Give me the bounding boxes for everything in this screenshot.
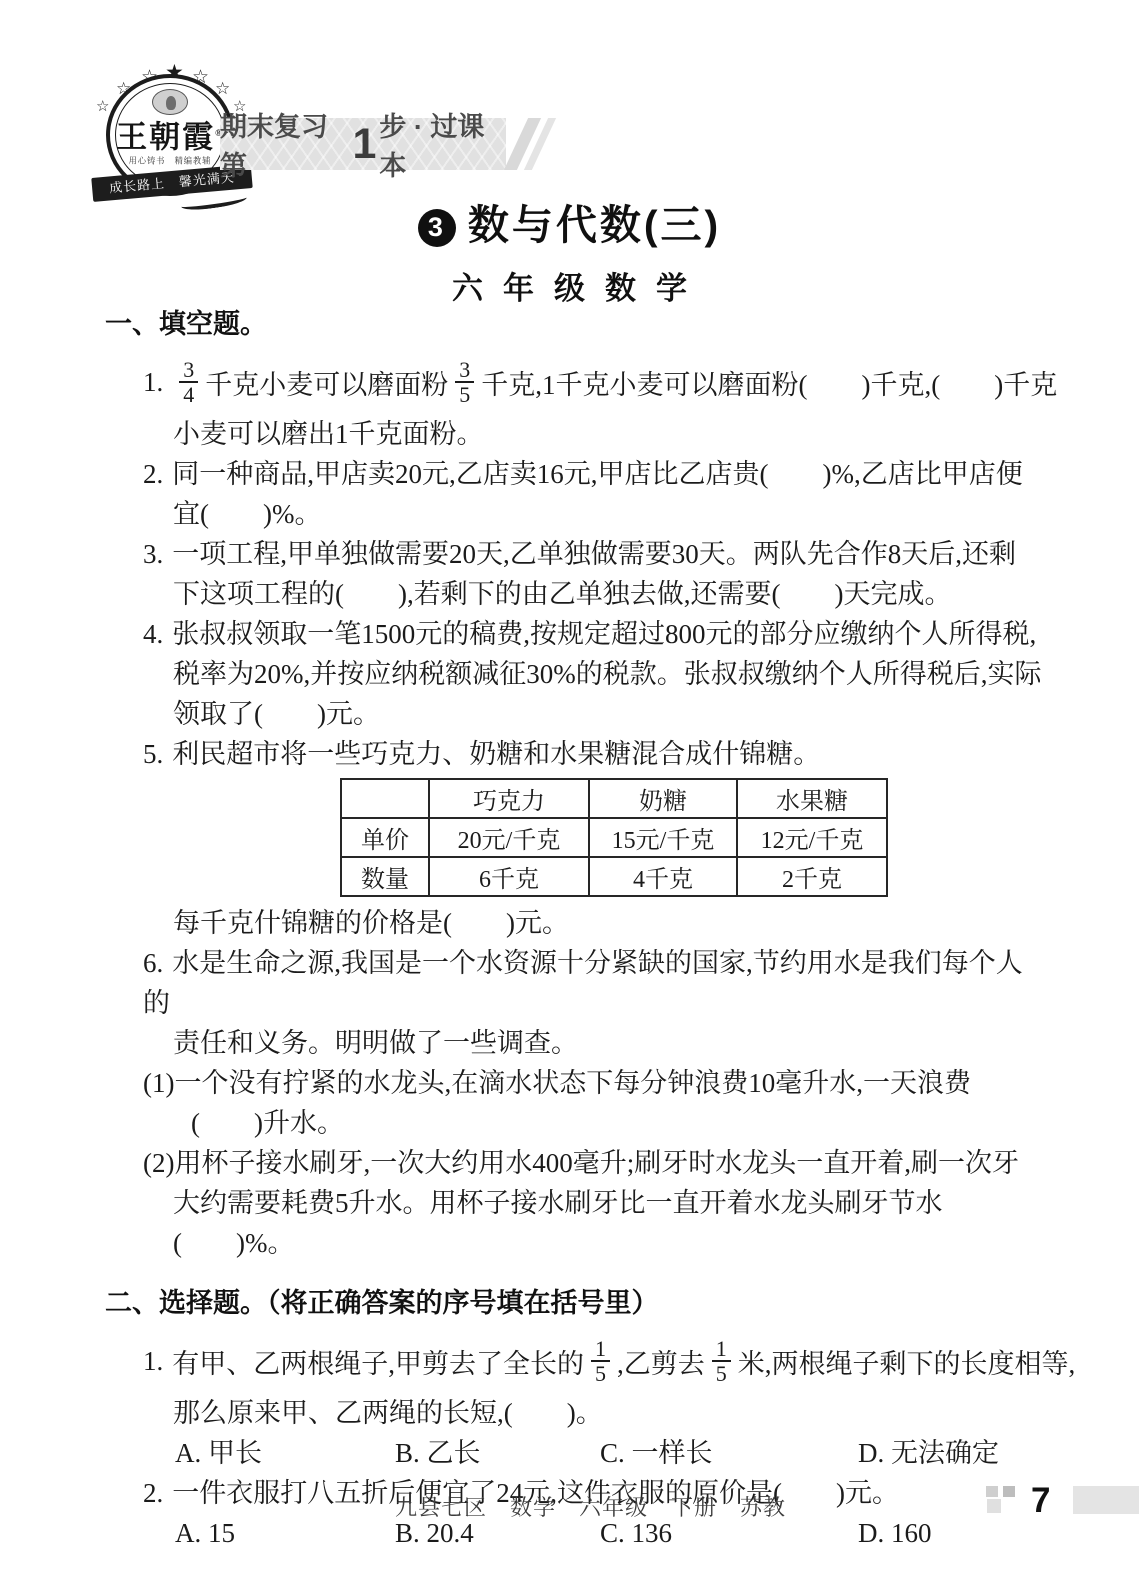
title-text: 数与代数(三) [468,202,721,248]
fraction: 34 [179,358,198,406]
option-a: A. 15 [175,1513,395,1553]
candy-price-table: 巧克力 奶糖 水果糖 单价 20元/千克 15元/千克 12元/千克 数量 6千… [340,778,888,897]
question-text: 千克小麦可以磨面粉 [205,363,448,402]
option-b: B. 乙长 [395,1433,600,1473]
table-cell: 2千克 [737,857,887,896]
question-number: 2. [143,459,163,489]
options-row: A. 甲长 B. 乙长 C. 一样长 D. 无法确定 [175,1433,1045,1473]
question-text: 每千克什锦糖的价格是( )元。 [143,903,1045,943]
banner-prefix: 期末复习第 [220,105,349,183]
question-3: 3.一项工程,甲单独做需要20天,乙单独做需要30天。两队先合作8天后,还剩 下… [143,534,1045,614]
sub-question-number: (1) [143,1068,174,1098]
question-line: 5.利民超市将一些巧克力、奶糖和水果糖混合成什锦糖。 [143,734,1045,774]
table-row: 数量 6千克 4千克 2千克 [341,857,887,896]
sub-question-1: (1)一个没有拧紧的水龙头,在滴水状态下每分钟浪费10毫升水,一天浪费 ( )升… [143,1063,1045,1143]
sub-question-number: (2) [143,1148,174,1178]
fraction-denominator: 5 [455,383,474,406]
question-text: 利民超市将一些巧克力、奶糖和水果糖混合成什锦糖。 [172,739,820,769]
question-text: 小麦可以磨出1千克面粉。 [143,414,1045,454]
question-line: 1.34千克小麦可以磨面粉35千克,1千克小麦可以磨面粉( )千克,( )千克 [143,350,1045,414]
table-cell: 单价 [341,818,429,857]
question-text: ,乙剪去 [617,1342,705,1381]
table-cell: 数量 [341,857,429,896]
table-cell: 巧克力 [429,779,589,818]
question-1: 1.34千克小麦可以磨面粉35千克,1千克小麦可以磨面粉( )千克,( )千克 … [143,350,1045,454]
fraction: 15 [591,1337,610,1385]
table-cell: 15元/千克 [589,818,737,857]
question-6: 6.水是生命之源,我国是一个水资源十分紧缺的国家,节约用水是我们每个人的 责任和… [143,943,1045,1263]
brand-name: 王朝霞® [110,116,230,154]
question-number: 1. [143,1346,163,1377]
question-text: ( )升水。 [143,1103,1045,1143]
banner-step-number: 1 [352,118,376,170]
fraction-numerator: 3 [179,358,198,383]
table-row: 单价 20元/千克 15元/千克 12元/千克 [341,818,887,857]
footer-book-info: 九县七区 数学 六年级 下册 苏教 [395,1491,786,1522]
question-line: 1.有甲、乙两根绳子,甲剪去了全长的15,乙剪去15米,两根绳子剩下的长度相等, [143,1329,1045,1393]
page-subtitle: 六年级数学 [0,263,1139,308]
fraction-numerator: 3 [455,358,474,383]
question-5: 5.利民超市将一些巧克力、奶糖和水果糖混合成什锦糖。 巧克力 奶糖 水果糖 单价… [143,734,1045,943]
table-cell: 水果糖 [737,779,887,818]
question-text: 大约需要耗费5升水。用杯子接水刷牙比一直开着水龙头刷牙节水( )%。 [143,1183,1045,1263]
table-header-row: 巧克力 奶糖 水果糖 [341,779,887,818]
question-text: 一个没有拧紧的水龙头,在滴水状态下每分钟浪费10毫升水,一天浪费 [174,1068,971,1098]
sub-question-2: (2)用杯子接水刷牙,一次大约用水400毫升;刷牙时水龙头一直开着,刷一次牙 大… [143,1143,1045,1263]
question-text: 责任和义务。明明做了一些调查。 [143,1023,1045,1063]
question-number: 3. [143,539,163,569]
star-icon: ☆ [96,100,109,115]
question-text: 那么原来甲、乙两绳的长短,( )。 [143,1393,1045,1433]
question-text: 有甲、乙两根绳子,甲剪去了全长的 [172,1342,584,1381]
brand-tagline: 用心铸书 精编教辅 [115,155,225,167]
fraction: 35 [455,358,474,406]
fraction-denominator: 5 [712,1362,731,1385]
question-text: 用杯子接水刷牙,一次大约用水400毫升;刷牙时水龙头一直开着,刷一次牙 [174,1148,1019,1178]
question-text: 宜( )%。 [143,494,1045,534]
title-block: 3数与代数(三) 六年级数学 [0,192,1139,308]
table-cell [341,779,429,818]
question-text: 同一种商品,甲店卖20元,乙店卖16元,甲店比乙店贵( )%,乙店比甲店便 [172,459,1022,489]
question-line: 2.同一种商品,甲店卖20元,乙店卖16元,甲店比乙店贵( )%,乙店比甲店便 [143,454,1045,494]
question-text: 米,两根绳子剩下的长度相等, [738,1342,1076,1381]
title-number-badge: 3 [418,209,456,247]
question-4: 4.张叔叔领取一笔1500元的稿费,按规定超过800元的部分应缴纳个人所得税, … [143,614,1045,734]
question-number: 4. [143,619,163,649]
brand-text: 王朝霞 [116,119,215,154]
question-number: 2. [143,1478,163,1508]
option-d: D. 160 [858,1513,1045,1553]
footer-decor-square [986,1486,998,1497]
choice-question-1: 1.有甲、乙两根绳子,甲剪去了全长的15,乙剪去15米,两根绳子剩下的长度相等,… [143,1329,1045,1473]
footer-decor-square [1003,1486,1015,1497]
question-text: 下这项工程的( ),若剩下的由乙单独去做,还需要( )天完成。 [143,574,1045,614]
fraction-denominator: 4 [179,383,198,406]
question-text: 税率为20%,并按应纳税额减征30%的税款。张叔叔缴纳个人所得税后,实际 [143,654,1045,694]
worksheet-content: 一、填空题。 1.34千克小麦可以磨面粉35千克,1千克小麦可以磨面粉( )千克… [105,306,1045,1553]
footer-decor-square [987,1499,1001,1513]
question-2: 2.同一种商品,甲店卖20元,乙店卖16元,甲店比乙店贵( )%,乙店比甲店便 … [143,454,1045,534]
fraction-numerator: 1 [712,1337,731,1362]
question-number: 6. [143,948,163,978]
footer-decor-bar [1073,1486,1139,1514]
question-number: 1. [143,367,163,398]
question-text: 领取了( )元。 [143,694,1045,734]
option-a: A. 甲长 [175,1433,395,1473]
table-cell: 6千克 [429,857,589,896]
table-cell: 奶糖 [589,779,737,818]
section-1-heading: 一、填空题。 [105,306,1045,342]
question-line: 4.张叔叔领取一笔1500元的稿费,按规定超过800元的部分应缴纳个人所得税, [143,614,1045,654]
worksheet-page: ☆ ☆ ☆ ★ ☆ ☆ ☆ 王朝霞® 用心铸书 精编教辅 成长路上 馨光满天 期… [0,0,1139,1582]
option-d: D. 无法确定 [858,1433,1045,1473]
banner-suffix: 步 · 过课本 [379,105,506,183]
header-banner: 期末复习第 1 步 · 过课本 [220,118,506,170]
question-text: 千克,1千克小麦可以磨面粉( )千克,( )千克 [481,363,1057,402]
question-line: (1)一个没有拧紧的水龙头,在滴水状态下每分钟浪费10毫升水,一天浪费 [143,1063,1045,1103]
section-2-heading: 二、选择题。（将正确答案的序号填在括号里） [105,1285,1045,1321]
question-number: 5. [143,739,163,769]
question-line: (2)用杯子接水刷牙,一次大约用水400毫升;刷牙时水龙头一直开着,刷一次牙 [143,1143,1045,1183]
portrait-photo [152,89,188,115]
question-text: 水是生命之源,我国是一个水资源十分紧缺的国家,节约用水是我们每个人的 [143,948,1023,1018]
table-cell: 20元/千克 [429,818,589,857]
option-c: C. 一样长 [600,1433,858,1473]
table-cell: 4千克 [589,857,737,896]
question-line: 6.水是生命之源,我国是一个水资源十分紧缺的国家,节约用水是我们每个人的 [143,943,1045,1023]
question-line: 3.一项工程,甲单独做需要20天,乙单独做需要30天。两队先合作8天后,还剩 [143,534,1045,574]
question-text: 张叔叔领取一笔1500元的稿费,按规定超过800元的部分应缴纳个人所得税, [172,619,1036,649]
table-cell: 12元/千克 [737,818,887,857]
page-number: 7 [1031,1481,1050,1521]
page-title: 3数与代数(三) [0,192,1139,251]
question-text: 一项工程,甲单独做需要20天,乙单独做需要30天。两队先合作8天后,还剩 [172,539,1016,569]
fraction: 15 [712,1337,731,1385]
fraction-numerator: 1 [591,1337,610,1362]
fraction-denominator: 5 [591,1362,610,1385]
